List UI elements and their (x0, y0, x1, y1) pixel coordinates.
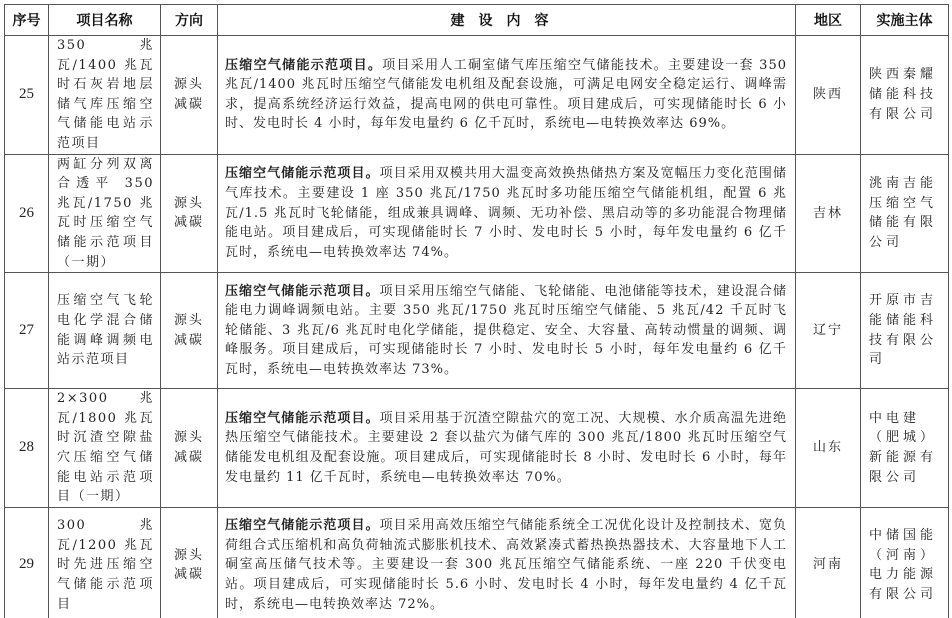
content-lead: 压缩空气储能示范项目。 (225, 58, 382, 73)
header-direction: 方向 (161, 5, 218, 36)
cell-project-name: 350 兆瓦/1400 兆瓦时石灰岩地层储气库压缩空气储能电站示范项目 (49, 36, 161, 155)
cell-region: 辽宁 (796, 273, 861, 389)
cell-direction: 源头 减碳 (161, 36, 218, 155)
header-org: 实施主体 (861, 5, 949, 36)
cell-project-name: 两缸分列双离合透平 350 兆瓦/1750 兆瓦时压缩空气储能示范项目（一期） (49, 154, 161, 273)
direction-line-1: 源头 (161, 194, 217, 214)
table-header-row: 序号 项目名称 方向 建设内容 地区 实施主体 (5, 5, 949, 36)
direction-line-1: 源头 (161, 546, 217, 566)
cell-org: 陕西秦耀储能科技有限公司 (861, 36, 949, 155)
cell-no: 29 (5, 507, 49, 618)
cell-content: 压缩空气储能示范项目。项目采用人工硐室储气库压缩空气储能技术。主要建设一套 35… (218, 36, 796, 155)
header-region: 地区 (796, 5, 861, 36)
direction-line-2: 减碳 (161, 448, 217, 468)
direction-line-2: 减碳 (161, 565, 217, 585)
cell-no: 25 (5, 36, 49, 155)
cell-direction: 源头 减碳 (161, 273, 218, 389)
cell-org: 洮南吉能压缩空气储能有限公司 (861, 154, 949, 273)
cell-project-name: 300 兆瓦/1200 兆瓦时先进压缩空气储能示范项目 (49, 507, 161, 618)
cell-region: 河南 (796, 507, 861, 618)
content-lead: 压缩空气储能示范项目。 (225, 411, 380, 426)
cell-region: 山东 (796, 389, 861, 508)
cell-direction: 源头 减碳 (161, 507, 218, 618)
table-row: 29 300 兆瓦/1200 兆瓦时先进压缩空气储能示范项目 源头 减碳 压缩空… (5, 507, 949, 618)
header-content: 建设内容 (218, 5, 796, 36)
table-row: 26 两缸分列双离合透平 350 兆瓦/1750 兆瓦时压缩空气储能示范项目（一… (5, 154, 949, 273)
table-row: 28 2×300 兆瓦/1800 兆瓦时沉渣空隙盐穴压缩空气储能电站示范项目（一… (5, 389, 949, 508)
table-row: 27 压缩空气飞轮电化学混合储能调峰调频电站示范项目 源头 减碳 压缩空气储能示… (5, 273, 949, 389)
cell-content: 压缩空气储能示范项目。项目采用高效压缩空气储能系统全工况优化设计及控制技术、宽负… (218, 507, 796, 618)
header-no: 序号 (5, 5, 49, 36)
cell-no: 28 (5, 389, 49, 508)
projects-table: 序号 项目名称 方向 建设内容 地区 实施主体 25 350 兆瓦/1400 兆… (4, 4, 949, 618)
cell-org: 中储国能（河南）电力能源有限公司 (861, 507, 949, 618)
cell-project-name: 2×300 兆瓦/1800 兆瓦时沉渣空隙盐穴压缩空气储能电站示范项目（一期） (49, 389, 161, 508)
header-name: 项目名称 (49, 5, 161, 36)
cell-content: 压缩空气储能示范项目。项目采用基于沉渣空隙盐穴的宽工况、大规模、水介质高温先进绝… (218, 389, 796, 508)
direction-line-1: 源头 (161, 311, 217, 331)
cell-region: 吉林 (796, 154, 861, 273)
content-lead: 压缩空气储能示范项目。 (225, 166, 380, 181)
direction-line-2: 减碳 (161, 331, 217, 351)
content-lead: 压缩空气储能示范项目。 (225, 284, 380, 299)
cell-content: 压缩空气储能示范项目。项目采用双模共用大温变高效换热储热方案及宽幅压力变化范围储… (218, 154, 796, 273)
cell-no: 26 (5, 154, 49, 273)
cell-project-name: 压缩空气飞轮电化学混合储能调峰调频电站示范项目 (49, 273, 161, 389)
cell-content: 压缩空气储能示范项目。项目采用压缩空气储能、飞轮储能、电池储能等技术，建设混合储… (218, 273, 796, 389)
content-lead: 压缩空气储能示范项目。 (225, 518, 380, 533)
cell-no: 27 (5, 273, 49, 389)
direction-line-1: 源头 (161, 75, 217, 95)
direction-line-2: 减碳 (161, 213, 217, 233)
cell-region: 陕西 (796, 36, 861, 155)
table-row: 25 350 兆瓦/1400 兆瓦时石灰岩地层储气库压缩空气储能电站示范项目 源… (5, 36, 949, 155)
cell-org: 开原市吉能储能科技有限公司 (861, 273, 949, 389)
direction-line-2: 减碳 (161, 95, 217, 115)
cell-org: 中电建（肥城）新能源有限公司 (861, 389, 949, 508)
cell-direction: 源头 减碳 (161, 389, 218, 508)
direction-line-1: 源头 (161, 428, 217, 448)
cell-direction: 源头 减碳 (161, 154, 218, 273)
